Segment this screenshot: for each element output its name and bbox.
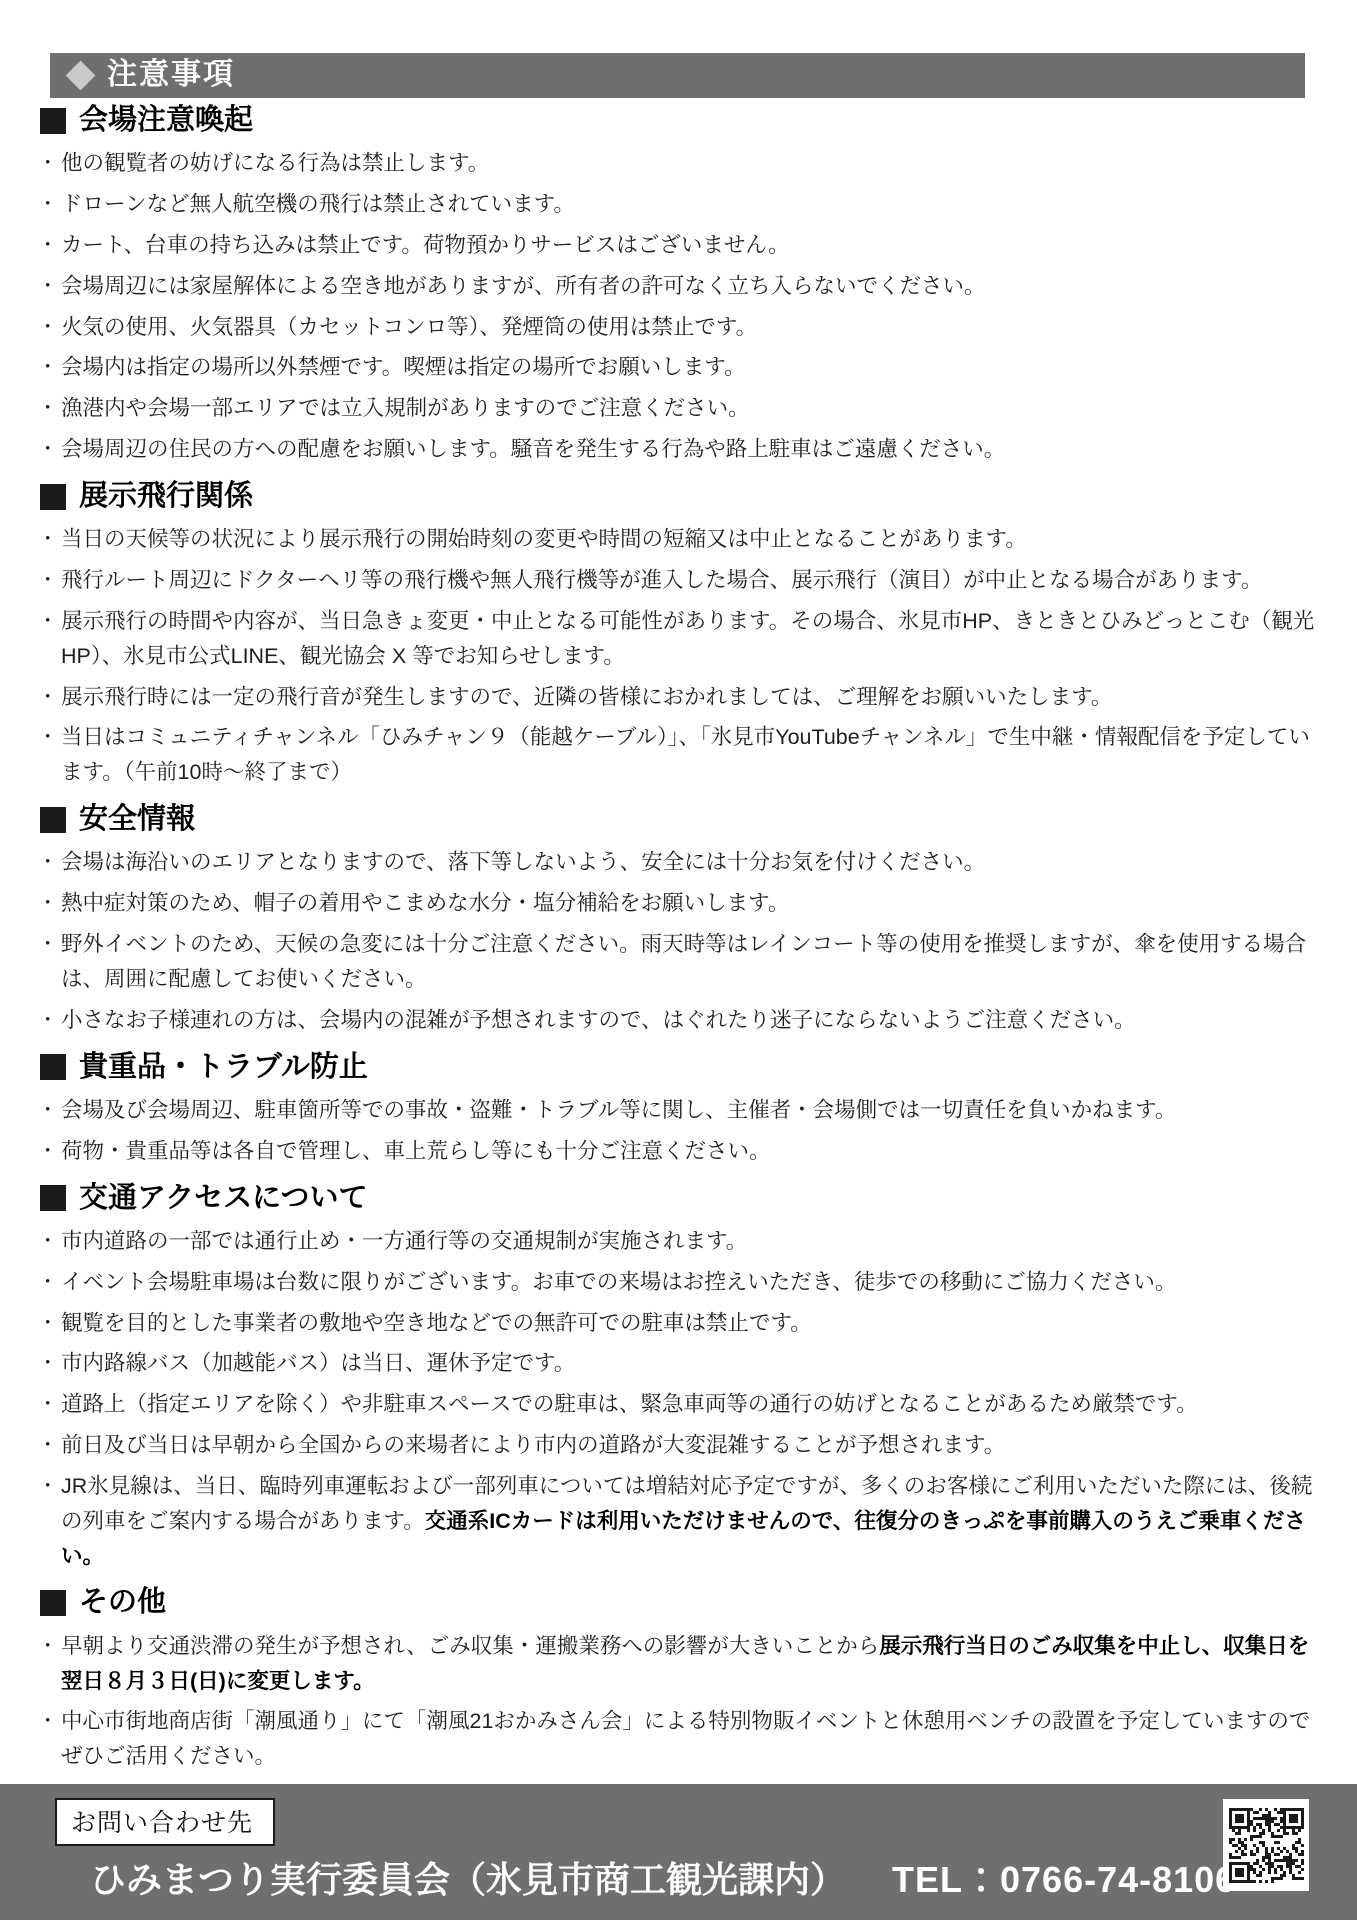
section-heading-label: 安全情報	[79, 803, 195, 836]
bullet-text: 荷物・貴重品等は各自で管理し、車上荒らし等にも十分ご注意ください。	[61, 1139, 771, 1163]
bullet-item: 早朝より交通渋滞の発生が予想され、ごみ収集・運搬業務への影響が大きいことから展示…	[40, 1629, 1321, 1699]
bullet-text: 会場周辺には家屋解体による空き地がありますが、所有者の許可なく立ち入らないでくだ…	[61, 274, 986, 298]
footer-bar: お問い合わせ先 ひみまつり実行委員会（氷見市商工観光課内） TEL：0766-7…	[0, 1784, 1357, 1920]
bullet-item: 漁港内や会場一部エリアでは立入規制がありますのでご注意ください。	[40, 391, 1321, 426]
bullet-text: 当日はコミュニティチャンネル「ひみチャン９（能越ケーブル）」、「氷見市YouTu…	[61, 725, 1310, 784]
section-heading: その他	[40, 1586, 1321, 1619]
bullet-list: 他の観覧者の妨げになる行為は禁止します。ドローンなど無人航空機の飛行は禁止されて…	[40, 146, 1321, 467]
diamond-icon	[66, 61, 96, 91]
section-heading: 貴重品・トラブル防止	[40, 1051, 1321, 1084]
bullet-text: 会場及び会場周辺、駐車箇所等での事故・盗難・トラブル等に関し、主催者・会場側では…	[61, 1098, 1176, 1122]
bullet-text: イベント会場駐車場は台数に限りがございます。お車での来場はお控えいただき、徒歩で…	[61, 1270, 1176, 1294]
bullet-text: 他の観覧者の妨げになる行為は禁止します。	[61, 151, 489, 175]
black-square-icon	[40, 108, 66, 134]
bullet-item: 熱中症対策のため、帽子の着用やこまめな水分・塩分補給をお願いします。	[40, 886, 1321, 921]
bullet-item: 会場は海沿いのエリアとなりますので、落下等しないよう、安全には十分お気を付けくだ…	[40, 845, 1321, 880]
qr-code	[1223, 1799, 1309, 1891]
banner-title: 注意事項	[107, 60, 235, 92]
bullet-text: 飛行ルート周辺にドクターヘリ等の飛行機や無人飛行機等が進入した場合、展示飛行（演…	[61, 568, 1262, 592]
section-heading: 会場注意喚起	[40, 104, 1321, 137]
contact-tel: TEL：0766-74-8106	[892, 1852, 1236, 1903]
black-square-icon	[40, 484, 66, 510]
bullet-list: 会場及び会場周辺、駐車箇所等での事故・盗難・トラブル等に関し、主催者・会場側では…	[40, 1093, 1321, 1169]
bullet-text: 展示飛行時には一定の飛行音が発生しますので、近隣の皆様におかれましては、ご理解を…	[61, 685, 1112, 709]
bullet-text: 市内道路の一部では通行止め・一方通行等の交通規制が実施されます。	[61, 1229, 747, 1253]
bullet-text: ドローンなど無人航空機の飛行は禁止されています。	[61, 192, 575, 216]
section-traffic-access: 交通アクセスについて市内道路の一部では通行止め・一方通行等の交通規制が実施されま…	[40, 1182, 1321, 1574]
section-heading: 安全情報	[40, 803, 1321, 836]
bullet-item: 飛行ルート周辺にドクターヘリ等の飛行機や無人飛行機等が進入した場合、展示飛行（演…	[40, 563, 1321, 598]
black-square-icon	[40, 1054, 66, 1080]
contact-label: お問い合わせ先	[71, 1809, 253, 1837]
black-square-icon	[40, 1185, 66, 1211]
bullet-item: 野外イベントのため、天候の急変には十分ご注意ください。雨天時等はレインコート等の…	[40, 927, 1321, 997]
section-exhibition-flight: 展示飛行関係当日の天候等の状況により展示飛行の開始時刻の変更や時間の短縮又は中止…	[40, 480, 1321, 790]
bullet-text: 会場内は指定の場所以外禁煙です。喫煙は指定の場所でお願いします。	[61, 355, 746, 379]
bullet-item: 会場及び会場周辺、駐車箇所等での事故・盗難・トラブル等に関し、主催者・会場側では…	[40, 1093, 1321, 1128]
section-venue-cautions: 会場注意喚起他の観覧者の妨げになる行為は禁止します。ドローンなど無人航空機の飛行…	[40, 104, 1321, 467]
contact-line: ひみまつり実行委員会（氷見市商工観光課内） TEL：0766-74-8106	[90, 1852, 1236, 1903]
bullet-text: 会場周辺の住民の方への配慮をお願いします。騒音を発生する行為や路上駐車はご遠慮く…	[61, 437, 1005, 461]
section-heading-label: 会場注意喚起	[79, 104, 253, 137]
bullet-item: 小さなお子様連れの方は、会場内の混雑が予想されますので、はぐれたり迷子にならない…	[40, 1003, 1321, 1038]
section-heading: 展示飛行関係	[40, 480, 1321, 513]
bullet-item: 会場周辺には家屋解体による空き地がありますが、所有者の許可なく立ち入らないでくだ…	[40, 269, 1321, 304]
notice-banner: 注意事項	[50, 53, 1305, 98]
section-safety-info: 安全情報会場は海沿いのエリアとなりますので、落下等しないよう、安全には十分お気を…	[40, 803, 1321, 1037]
bullet-text: 前日及び当日は早朝から全国からの来場者により市内の道路が大変混雑することが予想さ…	[61, 1433, 1005, 1457]
section-heading-label: 展示飛行関係	[79, 480, 253, 513]
bullet-text: 当日の天候等の状況により展示飛行の開始時刻の変更や時間の短縮又は中止となることが…	[61, 527, 1027, 551]
section-heading-label: その他	[79, 1586, 166, 1619]
section-heading: 交通アクセスについて	[40, 1182, 1321, 1215]
bullet-text: 会場は海沿いのエリアとなりますので、落下等しないよう、安全には十分お気を付けくだ…	[61, 850, 985, 874]
section-heading-label: 交通アクセスについて	[79, 1182, 368, 1215]
bullet-text: 野外イベントのため、天候の急変には十分ご注意ください。雨天時等はレインコート等の…	[61, 932, 1306, 991]
bullet-item: 前日及び当日は早朝から全国からの来場者により市内の道路が大変混雑することが予想さ…	[40, 1428, 1321, 1463]
contact-org: ひみまつり実行委員会（氷見市商工観光課内）	[90, 1852, 846, 1903]
bullet-list: 早朝より交通渋滞の発生が予想され、ごみ収集・運搬業務への影響が大きいことから展示…	[40, 1629, 1321, 1774]
black-square-icon	[40, 1590, 66, 1616]
bullet-item: 他の観覧者の妨げになる行為は禁止します。	[40, 146, 1321, 181]
bullet-text: 漁港内や会場一部エリアでは立入規制がありますのでご注意ください。	[61, 396, 750, 420]
bullet-item: 当日の天候等の状況により展示飛行の開始時刻の変更や時間の短縮又は中止となることが…	[40, 522, 1321, 557]
bullet-item: 荷物・貴重品等は各自で管理し、車上荒らし等にも十分ご注意ください。	[40, 1134, 1321, 1169]
black-square-icon	[40, 807, 66, 833]
bullet-text: カート、台車の持ち込みは禁止です。荷物預かりサービスはございません。	[61, 233, 790, 257]
bullet-text: 観覧を目的とした事業者の敷地や空き地などでの無許可での駐車は禁止です。	[61, 1311, 812, 1335]
bullet-item: イベント会場駐車場は台数に限りがございます。お車での来場はお控えいただき、徒歩で…	[40, 1265, 1321, 1300]
bullet-item: 会場周辺の住民の方への配慮をお願いします。騒音を発生する行為や路上駐車はご遠慮く…	[40, 432, 1321, 467]
bullet-text: 道路上（指定エリアを除く）や非駐車スペースでの駐車は、緊急車両等の通行の妨げとな…	[61, 1392, 1198, 1416]
bullet-item: 当日はコミュニティチャンネル「ひみチャン９（能越ケーブル）」、「氷見市YouTu…	[40, 720, 1321, 790]
bullet-list: 市内道路の一部では通行止め・一方通行等の交通規制が実施されます。イベント会場駐車…	[40, 1224, 1321, 1573]
bullet-item: 中心市街地商店街「潮風通り」にて「潮風21おかみさん会」による特別物販イベントと…	[40, 1704, 1321, 1774]
bullet-item: 火気の使用、火気器具（カセットコンロ等）、発煙筒の使用は禁止です。	[40, 310, 1321, 345]
bullet-text: 展示飛行の時間や内容が、当日急きょ変更・中止となる可能性があります。その場合、氷…	[61, 609, 1314, 668]
bullet-item: ドローンなど無人航空機の飛行は禁止されています。	[40, 187, 1321, 222]
bullet-text: 小さなお子様連れの方は、会場内の混雑が予想されますので、はぐれたり迷子にならない…	[61, 1008, 1136, 1032]
section-others: その他早朝より交通渋滞の発生が予想され、ごみ収集・運搬業務への影響が大きいことか…	[40, 1586, 1321, 1774]
bullet-text: 市内路線バス（加越能バス）は当日、運休予定です。	[61, 1351, 575, 1375]
bullet-item: 展示飛行の時間や内容が、当日急きょ変更・中止となる可能性があります。その場合、氷…	[40, 604, 1321, 674]
bullet-item: 観覧を目的とした事業者の敷地や空き地などでの無許可での駐車は禁止です。	[40, 1306, 1321, 1341]
bullet-item: 会場内は指定の場所以外禁煙です。喫煙は指定の場所でお願いします。	[40, 350, 1321, 385]
bullet-item: カート、台車の持ち込みは禁止です。荷物預かりサービスはございません。	[40, 228, 1321, 263]
bullet-text: 早朝より交通渋滞の発生が予想され、ごみ収集・運搬業務への影響が大きいことから	[61, 1634, 879, 1658]
bullet-item: 市内路線バス（加越能バス）は当日、運休予定です。	[40, 1346, 1321, 1381]
bullet-item: 市内道路の一部では通行止め・一方通行等の交通規制が実施されます。	[40, 1224, 1321, 1259]
bullet-item: JR氷見線は、当日、臨時列車運転および一部列車については増結対応予定ですが、多く…	[40, 1469, 1321, 1573]
sections: 会場注意喚起他の観覧者の妨げになる行為は禁止します。ドローンなど無人航空機の飛行…	[40, 104, 1321, 1784]
section-valuables-trouble: 貴重品・トラブル防止会場及び会場周辺、駐車箇所等での事故・盗難・トラブル等に関し…	[40, 1051, 1321, 1169]
page-root: 注意事項 会場注意喚起他の観覧者の妨げになる行為は禁止します。ドローンなど無人航…	[0, 0, 1357, 1920]
section-heading-label: 貴重品・トラブル防止	[79, 1051, 368, 1084]
bullet-item: 道路上（指定エリアを除く）や非駐車スペースでの駐車は、緊急車両等の通行の妨げとな…	[40, 1387, 1321, 1422]
bullet-list: 会場は海沿いのエリアとなりますので、落下等しないよう、安全には十分お気を付けくだ…	[40, 845, 1321, 1037]
bullet-item: 展示飛行時には一定の飛行音が発生しますので、近隣の皆様におかれましては、ご理解を…	[40, 680, 1321, 715]
contact-label-box: お問い合わせ先	[55, 1798, 275, 1846]
bullet-list: 当日の天候等の状況により展示飛行の開始時刻の変更や時間の短縮又は中止となることが…	[40, 522, 1321, 790]
bullet-text: 火気の使用、火気器具（カセットコンロ等）、発煙筒の使用は禁止です。	[61, 315, 757, 339]
bullet-text: 熱中症対策のため、帽子の着用やこまめな水分・塩分補給をお願いします。	[61, 891, 789, 915]
bullet-text: 中心市街地商店街「潮風通り」にて「潮風21おかみさん会」による特別物販イベントと…	[61, 1709, 1310, 1768]
